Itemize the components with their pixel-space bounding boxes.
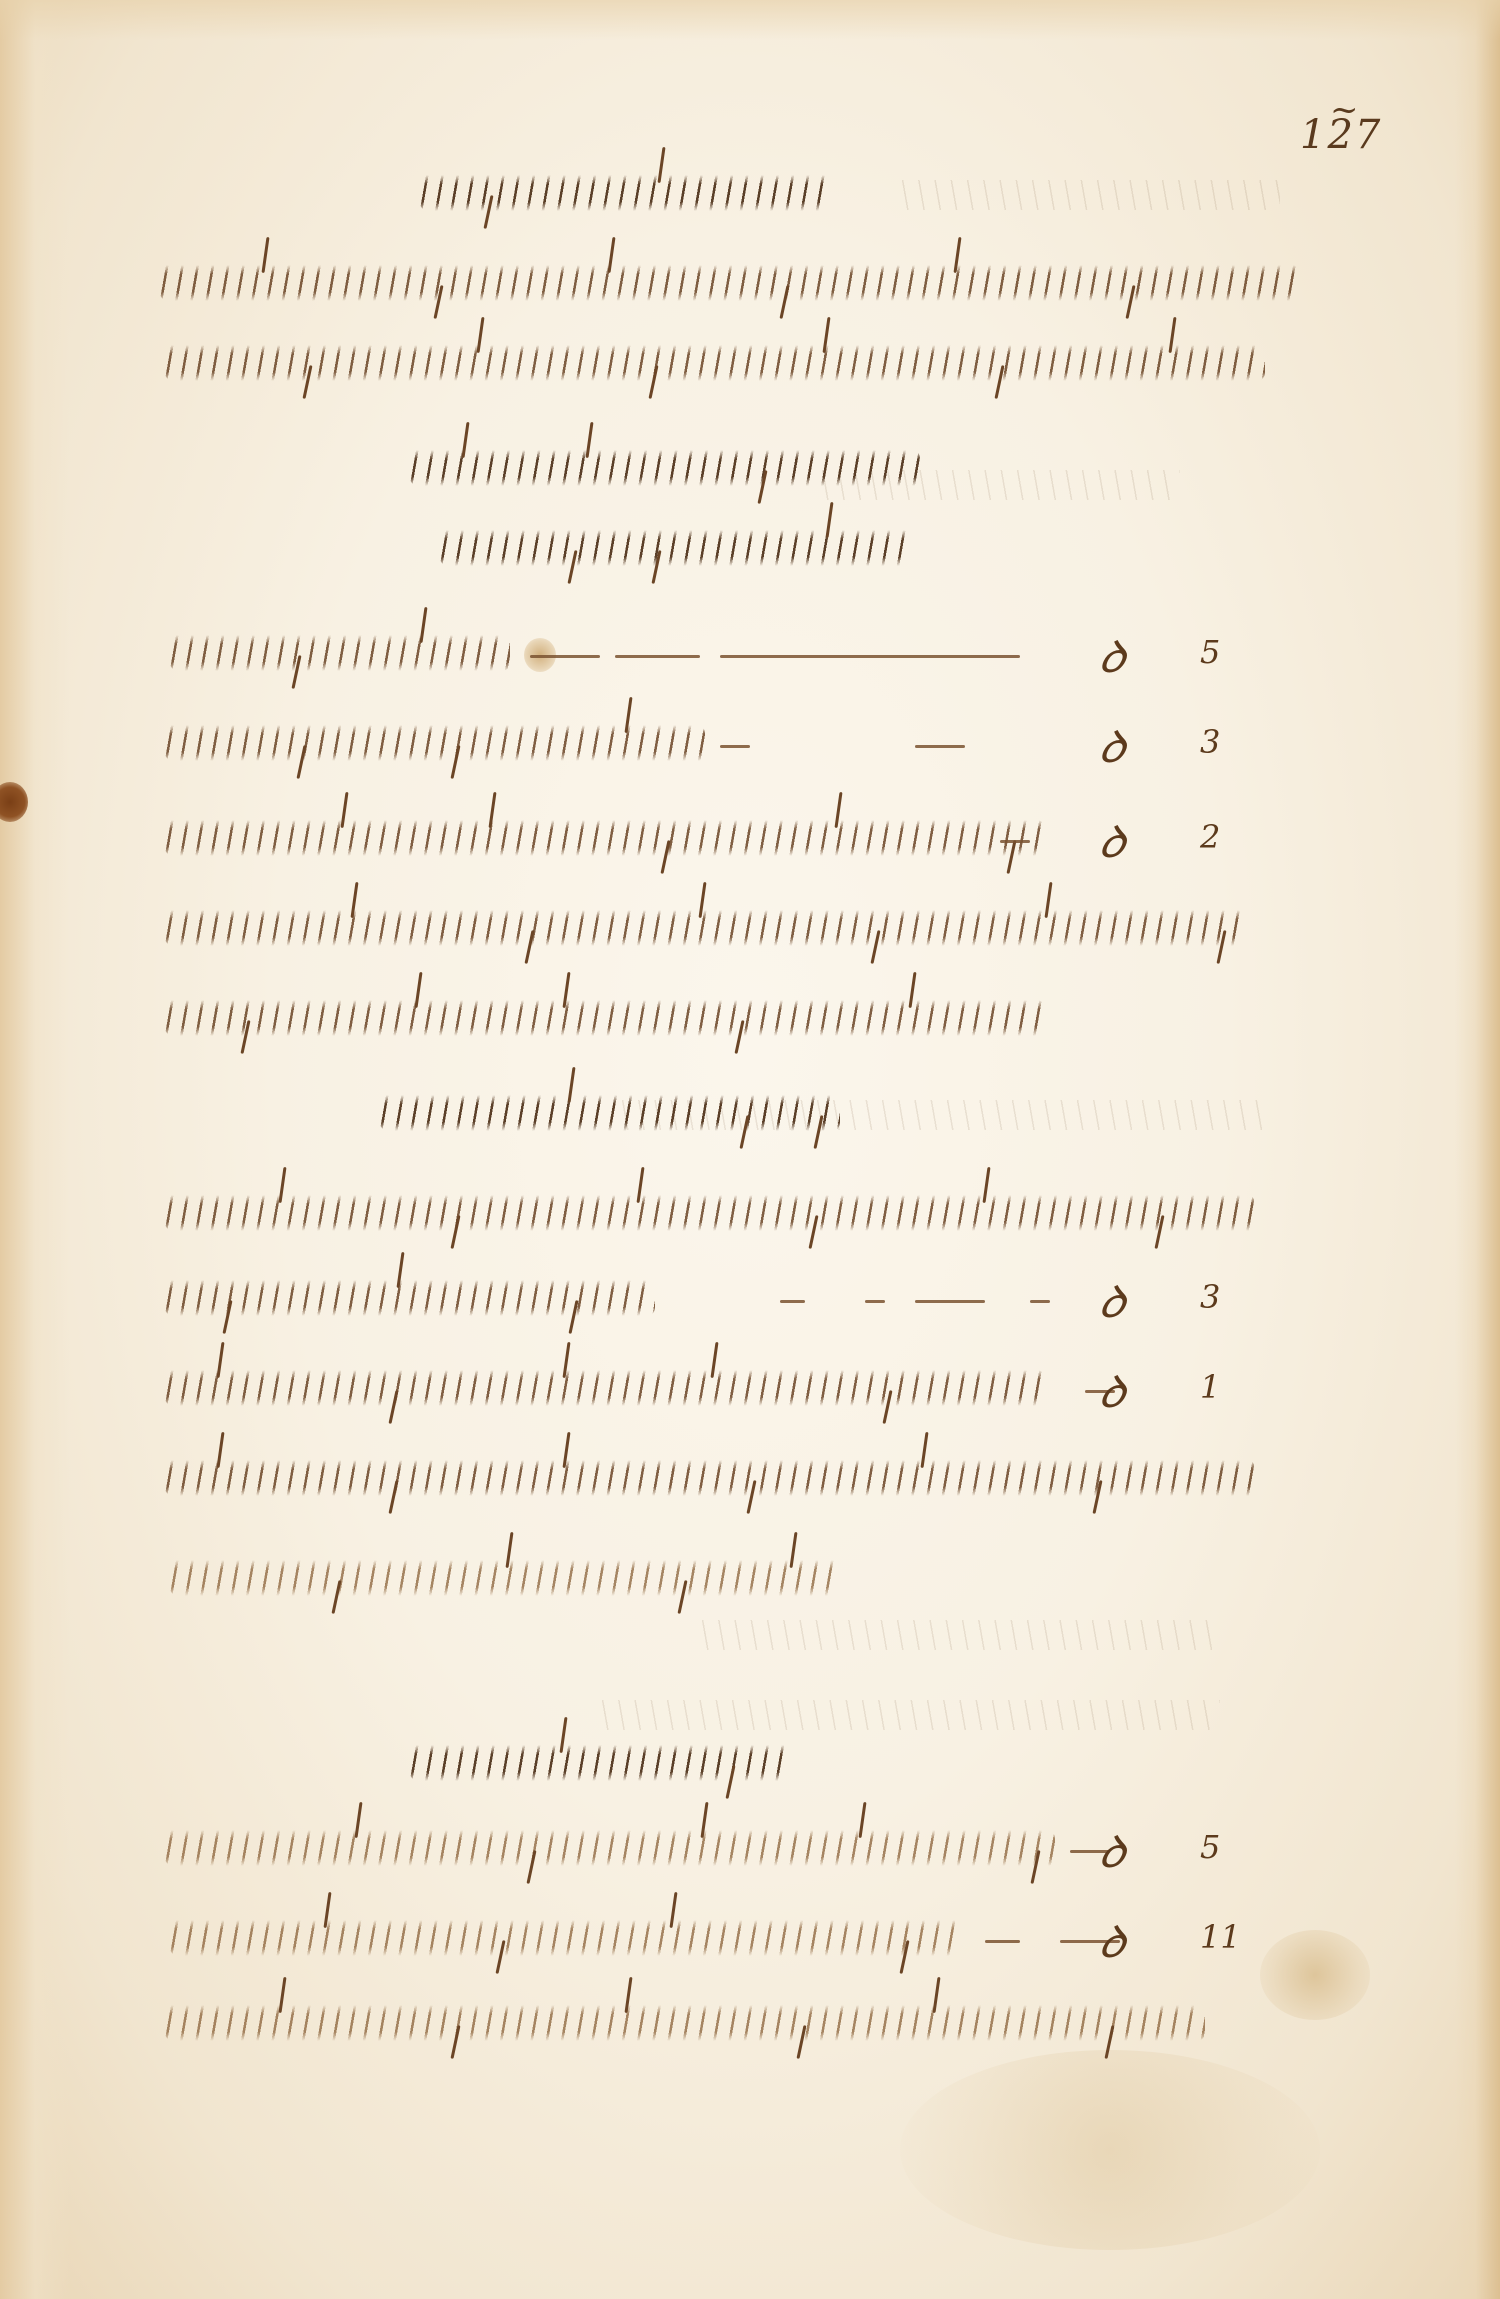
section-heading: [illegible heading line 17]: [0, 1735, 1500, 1795]
quantity-unit-mark: ꝺ: [1094, 810, 1133, 870]
quantity-unit-mark: ꝺ: [1094, 625, 1133, 685]
quantity-value: 11: [1200, 1918, 1241, 1956]
quantity-value: 3: [1200, 723, 1220, 761]
line-text: [illegible heading line 5]: [0, 520, 1, 521]
line-text: [illegible text line 2]: [0, 255, 1, 256]
line-text: [illegible heading line 4]: [0, 440, 1, 441]
handwritten-text: [170, 635, 510, 671]
folio-number: ~ 127: [1300, 112, 1382, 158]
ledger-dash: [915, 1300, 985, 1303]
foxing: [900, 2050, 1320, 2250]
handwritten-text: [165, 1830, 1055, 1866]
text-line: [illegible text line 16]: [0, 1550, 1500, 1610]
line-text: [illegible text line 3]: [0, 335, 1, 336]
ledger-dash: [985, 1940, 1020, 1943]
line-text: [illegible entry line 12]: [0, 1185, 1, 1186]
quantity-unit-mark: ꝺ: [1094, 1360, 1133, 1420]
ledger-entry: [illegible entry line 7]ꝺ3: [0, 715, 1500, 775]
quantity-value: 5: [1200, 1828, 1220, 1866]
handwritten-text: [165, 1460, 1255, 1496]
ledger-dash: [615, 655, 700, 658]
ledger-dash: [720, 655, 1020, 658]
ledger-entry: [illegible entry line 12]: [0, 1185, 1500, 1245]
handwritten-text: [165, 345, 1265, 381]
line-text: [illegible entry line 14]: [0, 1360, 1, 1361]
line-text: [illegible text line 9]: [0, 900, 1, 901]
line-text: [illegible text line 20]: [0, 1995, 1, 1996]
quantity-value: 2: [1200, 818, 1220, 856]
text-line: [illegible text line 15]: [0, 1450, 1500, 1510]
line-text: [illegible text line 15]: [0, 1450, 1, 1451]
show-through: [700, 1620, 1220, 1650]
ledger-entry: [illegible entry line 13]ꝺ3: [0, 1270, 1500, 1330]
line-text: [illegible entry line 18]: [0, 1820, 1, 1821]
manuscript-page: ~ 127 [illegible heading line 1][illegib…: [0, 0, 1500, 2299]
line-text: [illegible entry line 8]: [0, 810, 1, 811]
section-heading: [illegible heading line 5]: [0, 520, 1500, 580]
ledger-dash: [865, 1300, 885, 1303]
quantity-unit-mark: ꝺ: [1094, 1910, 1133, 1970]
page-edge-top: [0, 0, 1500, 40]
ledger-entry: [illegible entry line 19]ꝺ11: [0, 1910, 1500, 1970]
line-text: [illegible heading line 11]: [0, 1085, 1, 1086]
section-heading: [illegible heading line 4]: [0, 440, 1500, 500]
quantity-value: 3: [1200, 1278, 1220, 1316]
handwritten-text: [165, 1370, 1045, 1406]
quantity-unit-mark: ꝺ: [1094, 715, 1133, 775]
quantity-value: 5: [1200, 633, 1220, 671]
ledger-dash: [915, 745, 965, 748]
ledger-entry: [illegible entry line 6]ꝺ5: [0, 625, 1500, 685]
handwritten-text: [165, 820, 1045, 856]
handwritten-text: [165, 2005, 1205, 2041]
line-text: [illegible entry line 6]: [0, 625, 1, 626]
handwritten-text: [165, 910, 1245, 946]
line-text: [illegible entry line 13]: [0, 1270, 1, 1271]
handwritten-text: [160, 265, 1300, 301]
ledger-dash: [1030, 1300, 1050, 1303]
handwritten-text: [170, 1920, 960, 1956]
line-text: [illegible text line 10]: [0, 990, 1, 991]
quantity-unit-mark: ꝺ: [1094, 1820, 1133, 1880]
ledger-entry: [illegible entry line 18]ꝺ5: [0, 1820, 1500, 1880]
quantity-value: 1: [1200, 1368, 1220, 1406]
quantity-unit-mark: ꝺ: [1094, 1270, 1133, 1330]
ledger-dash: [780, 1300, 805, 1303]
line-text: [illegible heading line 1]: [0, 165, 1, 166]
line-text: [illegible entry line 7]: [0, 715, 1, 716]
handwritten-text: [165, 1000, 1045, 1036]
handwritten-text: [165, 1195, 1255, 1231]
handwritten-text: [380, 1095, 840, 1131]
folio-abbreviation-mark: ~: [1330, 90, 1361, 130]
ledger-dash: [720, 745, 750, 748]
text-line: [illegible text line 10]: [0, 990, 1500, 1050]
handwritten-text: [440, 530, 910, 566]
handwritten-text: [420, 175, 830, 211]
ledger-dash: [530, 655, 600, 658]
line-text: [illegible entry line 19]: [0, 1910, 1, 1911]
text-line: [illegible text line 20]: [0, 1995, 1500, 2055]
text-line: [illegible text line 2]: [0, 255, 1500, 315]
handwritten-text: [410, 450, 920, 486]
ledger-entry: [illegible entry line 8]ꝺ2: [0, 810, 1500, 870]
section-heading: [illegible heading line 11]: [0, 1085, 1500, 1145]
line-text: [illegible heading line 17]: [0, 1735, 1, 1736]
show-through: [600, 1700, 1220, 1730]
text-line: [illegible text line 9]: [0, 900, 1500, 960]
line-text: [illegible text line 16]: [0, 1550, 1, 1551]
text-line: [illegible text line 3]: [0, 335, 1500, 395]
section-heading: [illegible heading line 1]: [0, 165, 1500, 225]
ledger-entry: [illegible entry line 14]ꝺ1: [0, 1360, 1500, 1420]
handwritten-text: [165, 1280, 655, 1316]
ledger-dash: [1000, 840, 1030, 843]
